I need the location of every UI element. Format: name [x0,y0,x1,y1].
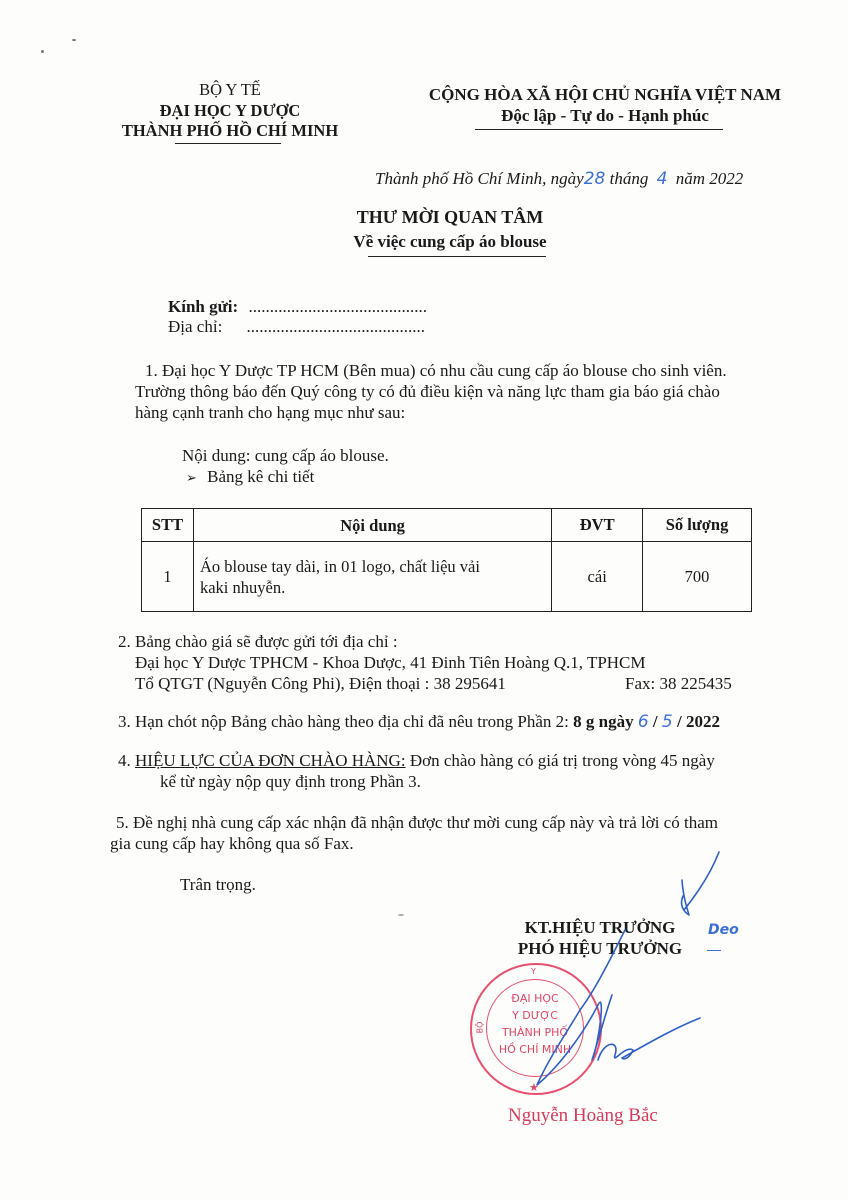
signature-upper-stroke [682,852,719,915]
signer-name: Nguyễn Hoàng Bắc [508,1105,658,1127]
signature-tail-stroke [598,1018,700,1060]
signature-main-stroke [537,930,625,1085]
signature-strokes [0,0,848,1200]
